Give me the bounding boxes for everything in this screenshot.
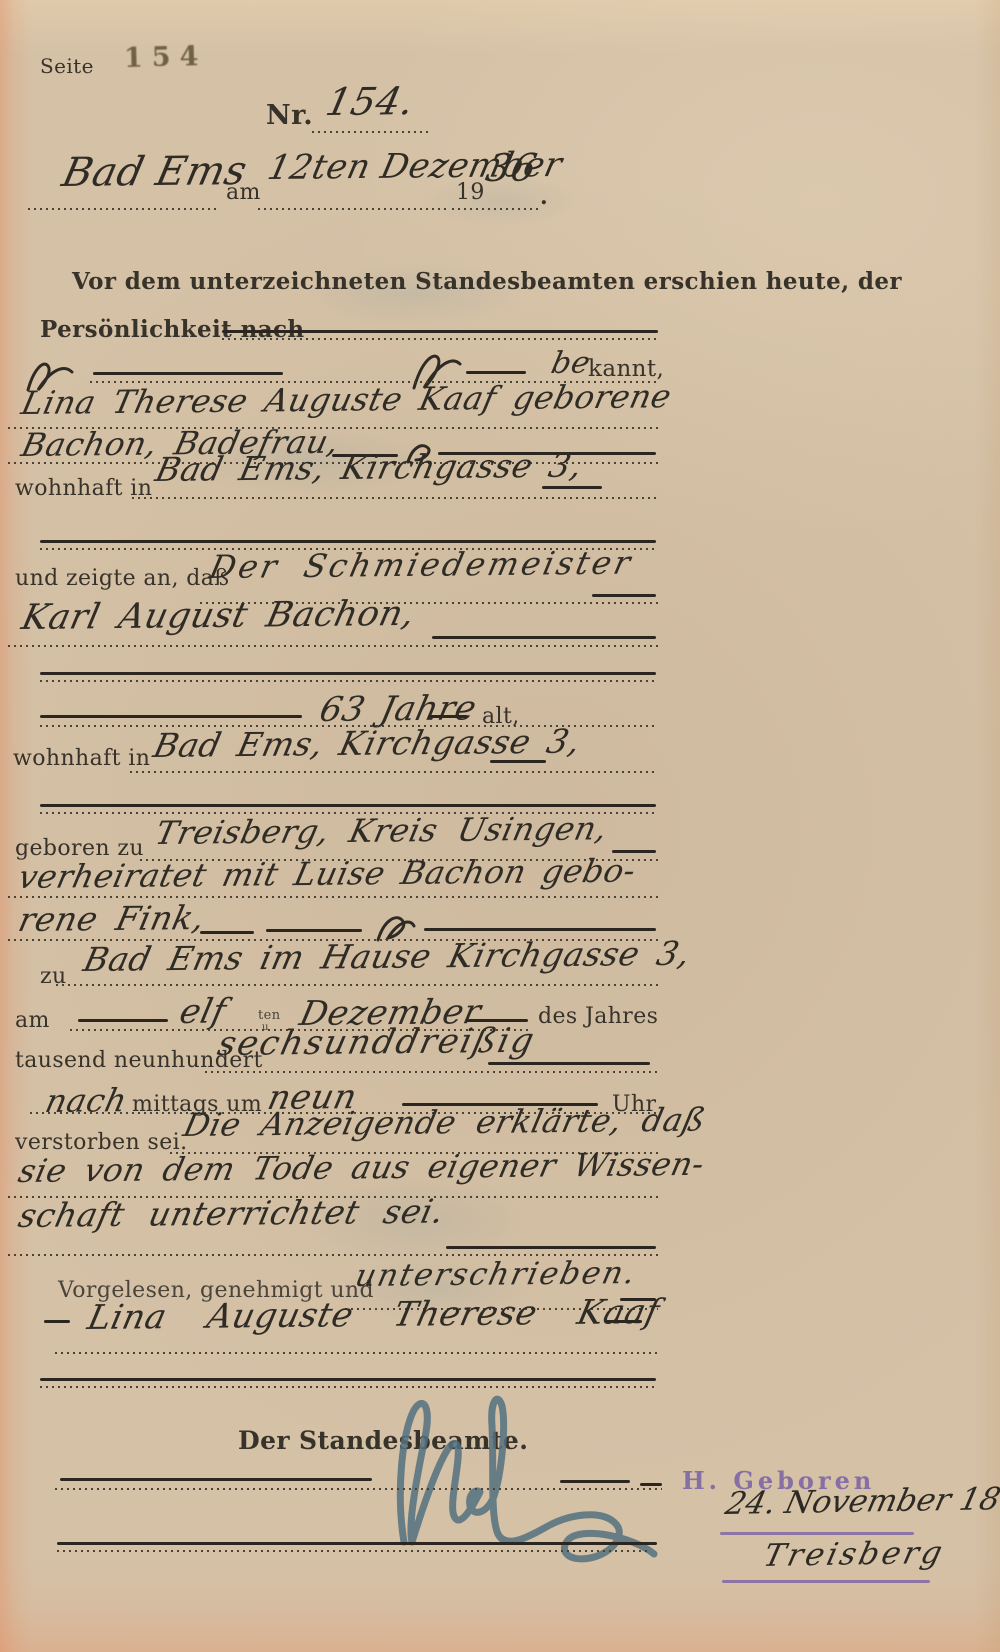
filler-line <box>606 1320 642 1323</box>
filler-line <box>93 372 283 375</box>
deceased-residence: Bad Ems, Kirchgasse 3, <box>150 722 584 765</box>
filler-line <box>40 715 302 718</box>
declarant-name-line1: Lina Therese Auguste Kaaf geborene <box>18 377 675 422</box>
document-page: Seite 154 Nr. 154. Bad Ems am 12ten Deze… <box>0 0 1000 1652</box>
form-rule-dotted <box>57 1550 647 1552</box>
page-number-stamp: 154 <box>124 41 208 74</box>
form-rule-dotted <box>8 645 658 647</box>
registrar-signature <box>388 1384 660 1566</box>
date-underline <box>258 208 450 210</box>
birthplace-value: Treisberg, Kreis Usingen, <box>152 809 611 852</box>
form-rule-dotted <box>222 338 658 340</box>
filler-line <box>542 486 602 489</box>
form-rule <box>60 1478 372 1481</box>
statement-line3: schaft unterrichtet sei. <box>15 1192 448 1235</box>
death-year: sechsunddreißig <box>214 1021 539 1064</box>
filler-line <box>432 636 656 639</box>
bekannt-hand-fragment: be <box>548 346 594 381</box>
year-prefix: 19 <box>456 180 485 205</box>
birth-place-underline <box>722 1580 930 1583</box>
closing-hand: unterschrieben. <box>352 1255 640 1294</box>
nach-hand: nach <box>42 1081 131 1120</box>
declarant-residence: Bad Ems, Kirchgasse 3, <box>152 446 586 489</box>
filler-line <box>44 1320 70 1323</box>
year-handwritten: 36 <box>482 145 541 190</box>
declarant-signature: Lina Auguste Therese Kaaf <box>84 1292 663 1338</box>
form-rule-dotted <box>132 497 658 499</box>
filler-line <box>640 1483 662 1486</box>
statement-line2: sie von dem Tode aus eigener Wissen- <box>15 1145 708 1190</box>
filler-line <box>488 1062 650 1065</box>
filler-line <box>560 1480 630 1483</box>
married-line1: verheiratet mit Luise Bachon gebo- <box>15 852 640 896</box>
birth-place-note: Treisberg <box>760 1535 949 1574</box>
form-rule <box>40 1378 656 1381</box>
des-jahres-label: des Jahres <box>538 1004 658 1029</box>
filler-line <box>592 594 656 597</box>
form-rule <box>222 330 658 333</box>
seite-label: Seite <box>40 54 94 78</box>
filler-line <box>200 931 254 934</box>
deceased-name: Karl August Bachon, <box>18 594 419 638</box>
statement-line1: Die Anzeigende erklärte, daß <box>180 1101 709 1144</box>
birth-date-note: 24. November 1873 <box>722 1481 1000 1522</box>
filler-line <box>78 1019 168 1022</box>
year-underline <box>452 208 538 210</box>
place-underline <box>28 208 216 210</box>
date-period: . <box>540 184 548 210</box>
form-rule <box>40 804 656 807</box>
zeigte-an-label: und zeigte an, daß <box>15 566 229 591</box>
nr-value-handwritten: 154. <box>322 79 419 124</box>
wohnhaft-label2: wohnhaft in <box>13 746 150 771</box>
form-rule <box>57 1542 657 1545</box>
place-handwritten: Bad Ems <box>58 148 251 196</box>
form-rule-dotted <box>130 771 658 773</box>
filler-line <box>424 928 656 931</box>
married-line2: rene Fink, <box>15 898 209 939</box>
form-rule <box>40 672 656 675</box>
birth-date-underline <box>720 1532 914 1535</box>
filler-line <box>466 371 526 374</box>
form-rule-dotted <box>40 680 656 682</box>
form-rule <box>40 540 656 543</box>
filler-line <box>446 1246 656 1249</box>
form-rule-dotted <box>8 896 658 898</box>
intro-line: Vor dem unterzeichneten Standesbeamten e… <box>72 268 902 295</box>
form-rule-dotted <box>55 1488 662 1490</box>
am-label: am <box>226 180 261 205</box>
deceased-occupation: Der Schmiedemeister <box>206 544 637 586</box>
filler-line <box>266 929 362 932</box>
filler-line <box>490 760 546 763</box>
ten-suffix: ten <box>258 1008 281 1023</box>
nr-underline <box>312 131 432 133</box>
form-rule-dotted <box>56 984 658 986</box>
nr-label: Nr. <box>266 100 313 131</box>
form-rule-dotted <box>205 1071 658 1073</box>
am-death-label: am <box>15 1008 50 1033</box>
form-rule-dotted <box>55 1352 658 1354</box>
death-place: Bad Ems im Hause Kirchgasse 3, <box>80 934 694 979</box>
filler-line <box>428 715 468 718</box>
